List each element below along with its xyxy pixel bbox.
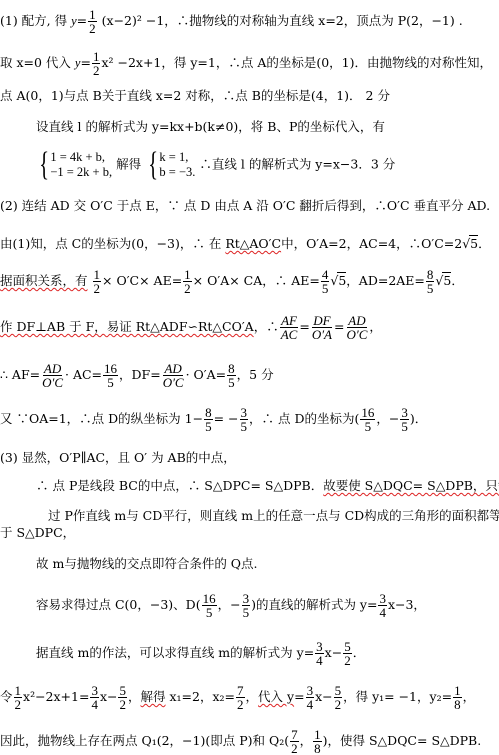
spellcheck-underlined-text: 故要使 S△DQC= S△DPB，只需 S△DQC xyxy=(323,478,499,493)
part2-line1: (2) 连结 AD 交 O′C 于点 E，∵ 点 D 由点 A 沿 O′C 翻折… xyxy=(0,198,490,214)
part1-line1: (1) 配方, 得 y=12 (x−2)² −1，∴抛物线的对称轴为直线 x=2… xyxy=(0,8,463,35)
part3-line1: (3) 显然，O′P∥AC，且 O′ 为 AB的中点， xyxy=(0,450,236,466)
spellcheck-underlined-text: Rt△AO′C xyxy=(225,236,281,251)
part2-line4: 作 DF⊥AB 于 F，易证 Rt△ADF∽Rt△CO′A，∴AFAC=DFO′… xyxy=(0,314,382,341)
text: x² −2x+1，得 y=1，∴点 A的坐标是(0，1)．由抛物线的对称性知， xyxy=(101,55,492,70)
spellcheck-underlined-text: 代入 y xyxy=(258,689,294,704)
text: (x−2) xyxy=(102,13,137,28)
spellcheck-underlined-text: 据面积关系，有 xyxy=(0,273,88,288)
part3-line8: 令12x²−2x+1=34x−52，解得 x₁=2，x₂=72，代入 y=34x… xyxy=(0,684,475,711)
spellcheck-underlined-text: 解得 xyxy=(141,689,166,704)
part1-line4: 设直线 l 的解析式为 y=kx+b(k≠0)，将 B、P的坐标代入，有 xyxy=(36,119,385,135)
text: ∴直线 l 的解析式为 y=x−3．3 分 xyxy=(199,157,395,172)
part3-line9: 因此，抛物线上存在两点 Q₁(2，−1)(即点 P)和 Q₂(72，18)，使得… xyxy=(0,728,481,755)
part1-line3: 点 A(0，1)与点 B关于直线 x=2 对称，∴点 B的坐标是(4，1)． 2… xyxy=(0,88,390,104)
part3-line6: 容易求得过点 C(0，−3)、D(165，−35)的直线的解析式为 y=34x−… xyxy=(36,592,426,619)
fraction: 12 xyxy=(88,8,97,35)
part2-line2: 由(1)知，点 C的坐标为(0，−3)，∴ 在 Rt△AO′C中，O′A=2，A… xyxy=(0,235,491,252)
text: (1) 配方, 得 xyxy=(0,13,71,28)
part3-line4: 于 S△DPC， xyxy=(0,525,75,541)
spellcheck-underlined-text: 作 DF⊥AB 于 F，易证 Rt△ADF∽Rt△CO′A xyxy=(0,319,254,334)
equation-system-1: {1 = 4k + b,−1 = 2k + b, xyxy=(36,148,112,182)
text: 解得 xyxy=(116,157,141,172)
part2-line6: 又 ∵OA=1，∴点 D的纵坐标为 1−85= −35，∴ 点 D的坐标为(16… xyxy=(0,406,427,433)
part3-line5: 故 m与抛物线的交点即符合条件的 Q点. xyxy=(36,556,258,572)
text: 取 x=0 代入 xyxy=(0,55,75,70)
part2-line3: 据面积关系，有 12× O′C× AE=12× O′A× CA，∴ AE=45√… xyxy=(0,268,464,295)
part1-line2: 取 x=0 代入 y=12x² −2x+1，得 y=1，∴点 A的坐标是(0，1… xyxy=(0,50,492,77)
text: x=2，顶点为 P(2，−1) . xyxy=(318,13,462,28)
part3-line3: 过 P作直线 m与 CD平行，则直线 m上的任意一点与 CD构成的三角形的面积都… xyxy=(48,508,499,524)
fraction: 12 xyxy=(92,50,101,77)
equation-system-2: {k = 1,b = −3. xyxy=(145,148,195,182)
text: ² −1，∴抛物线的对称轴为直线 xyxy=(137,13,318,28)
part3-line7: 据直线 m的作法，可以求得直线 m的解析式为 y=34x−52． xyxy=(36,640,365,667)
text: 中，O′A=2，AC=4，∴O′C=2 xyxy=(281,236,462,251)
text: 由(1)知，点 C的坐标为(0，−3)，∴ 在 xyxy=(0,236,225,251)
part1-line5: {1 = 4k + b,−1 = 2k + b, 解得 {k = 1,b = −… xyxy=(36,148,395,182)
part2-line5: ∴ AF=ADO′C· AC=165，DF=ADO′C· O′A=85，5 分 xyxy=(0,362,274,389)
part3-line2: ∴ 点 P是线段 BC的中点，∴ S△DPC= S△DPB．故要使 S△DQC=… xyxy=(36,478,499,494)
